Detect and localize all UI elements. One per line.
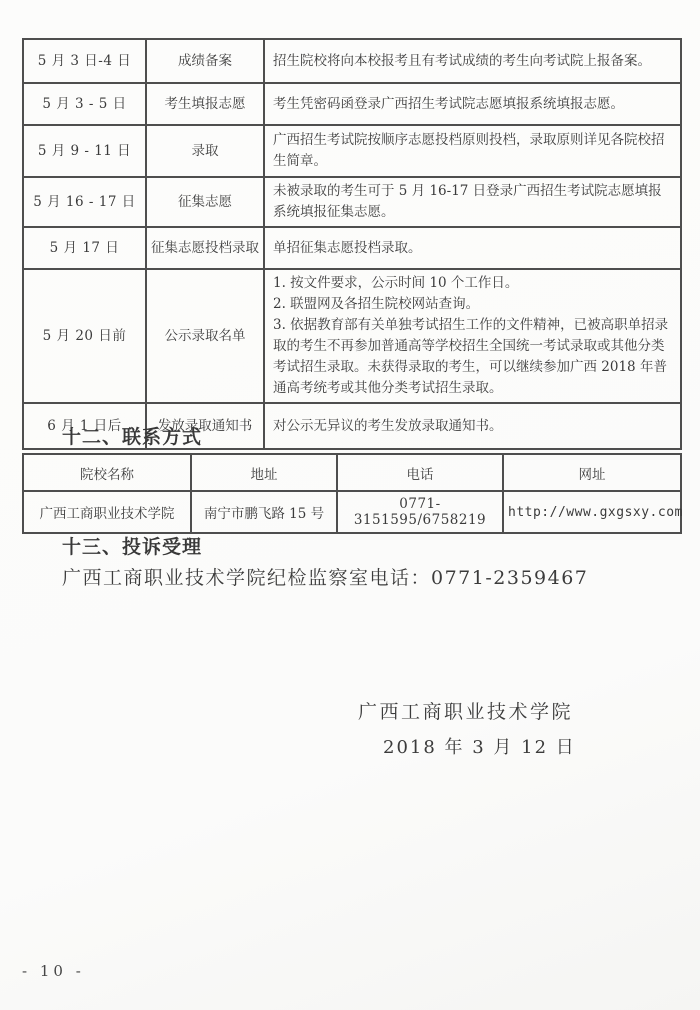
schedule-date: 5 月 20 日前 [23,269,146,403]
contact-college-name: 广西工商职业技术学院 [23,491,191,533]
contact-header-address: 地址 [191,454,337,491]
schedule-item: 公示录取名单 [146,269,264,403]
contact-header-website: 网址 [503,454,681,491]
table-row: 5 月 20 日前 公示录取名单 1. 按文件要求，公示时间 10 个工作日。 … [23,269,681,403]
table-row: 5 月 3 日-4 日 成绩备案 招生院校将向本校报考且有考试成绩的考生向考试院… [23,39,681,83]
schedule-detail: 未被录取的考生可于 5 月 16-17 日登录广西招生考试院志愿填报系统填报征集… [264,177,681,227]
schedule-item: 征集志愿 [146,177,264,227]
schedule-item: 征集志愿投档录取 [146,227,264,269]
schedule-item: 考生填报志愿 [146,83,264,125]
schedule-date: 5 月 16 - 17 日 [23,177,146,227]
page-number: - 10 - [22,962,85,980]
schedule-detail: 单招征集志愿投档录取。 [264,227,681,269]
schedule-date: 5 月 17 日 [23,227,146,269]
schedule-detail-line: 1. 按文件要求，公示时间 10 个工作日。 [273,273,672,294]
document-page: 5 月 3 日-4 日 成绩备案 招生院校将向本校报考且有考试成绩的考生向考试院… [0,0,700,1010]
signature-organization: 广西工商职业技术学院 [358,697,573,724]
schedule-date: 5 月 9 - 11 日 [23,125,146,177]
table-row: 5 月 3 - 5 日 考生填报志愿 考生凭密码函登录广西招生考试院志愿填报系统… [23,83,681,125]
schedule-detail: 考生凭密码函登录广西招生考试院志愿填报系统填报志愿。 [264,83,681,125]
complaint-phone-line: 广西工商职业技术学院纪检监察室电话：0771-2359467 [62,563,588,590]
contact-address: 南宁市鹏飞路 15 号 [191,491,337,533]
table-row: 5 月 16 - 17 日 征集志愿 未被录取的考生可于 5 月 16-17 日… [23,177,681,227]
table-row: 广西工商职业技术学院 南宁市鹏飞路 15 号 0771-3151595/6758… [23,491,681,533]
section-heading-contact: 十二、联系方式 [62,422,202,449]
schedule-detail: 招生院校将向本校报考且有考试成绩的考生向考试院上报备案。 [264,39,681,83]
schedule-date: 5 月 3 日-4 日 [23,39,146,83]
table-header-row: 院校名称 地址 电话 网址 [23,454,681,491]
contact-header-phone: 电话 [337,454,503,491]
contact-header-college: 院校名称 [23,454,191,491]
schedule-detail: 广西招生考试院按顺序志愿投档原则投档，录取原则详见各院校招生简章。 [264,125,681,177]
signature-date: 2018 年 3 月 12 日 [383,733,576,759]
contact-table: 院校名称 地址 电话 网址 广西工商职业技术学院 南宁市鹏飞路 15 号 077… [22,453,682,534]
schedule-detail: 1. 按文件要求，公示时间 10 个工作日。 2. 联盟网及各招生院校网站查询。… [264,269,681,403]
schedule-item: 录取 [146,125,264,177]
schedule-detail-line: 3. 依据教育部有关单独考试招生工作的文件精神，已被高职单招录取的考生不再参加普… [273,315,672,399]
schedule-detail: 对公示无异议的考生发放录取通知书。 [264,403,681,449]
table-row: 5 月 9 - 11 日 录取 广西招生考试院按顺序志愿投档原则投档，录取原则详… [23,125,681,177]
schedule-date: 5 月 3 - 5 日 [23,83,146,125]
section-heading-complaint: 十三、投诉受理 [62,532,202,559]
admission-schedule-table: 5 月 3 日-4 日 成绩备案 招生院校将向本校报考且有考试成绩的考生向考试院… [22,38,682,450]
table-row: 5 月 17 日 征集志愿投档录取 单招征集志愿投档录取。 [23,227,681,269]
schedule-detail-line: 2. 联盟网及各招生院校网站查询。 [273,294,672,315]
contact-website-url: http://www.gxgsxy.com [503,491,681,533]
contact-phone: 0771-3151595/6758219 [337,491,503,533]
schedule-item: 成绩备案 [146,39,264,83]
